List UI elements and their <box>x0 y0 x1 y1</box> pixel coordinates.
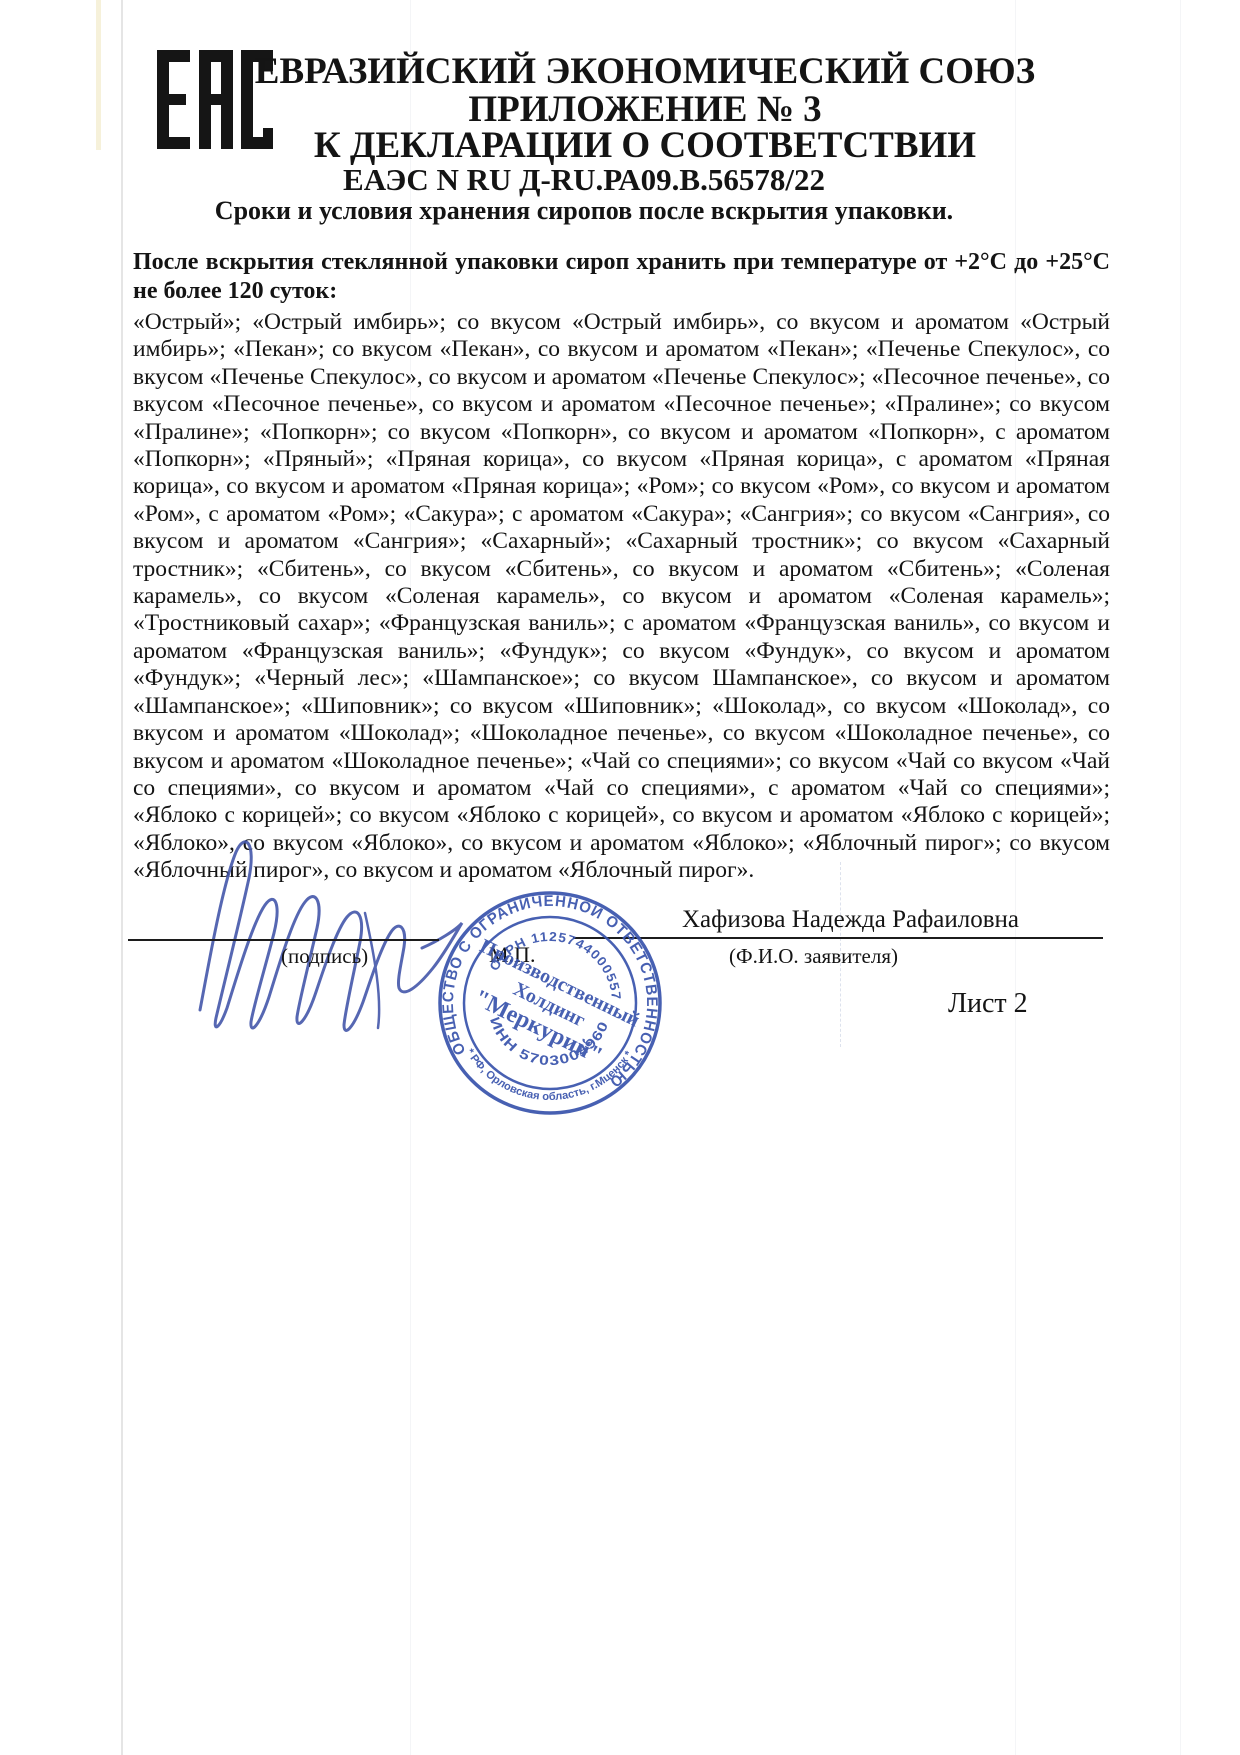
header-union: ЕВРАЗИЙСКИЙ ЭКОНОМИЧЕСКИЙ СОЮЗ <box>0 50 1240 93</box>
header-declaration: К ДЕКЛАРАЦИИ О СООТВЕТСТВИИ <box>0 124 1240 167</box>
header-declaration-number: ЕАЭС N RU Д-RU.РА09.В.56578/22 <box>0 162 1168 198</box>
signature-line <box>128 939 439 941</box>
scan-streak <box>1180 0 1181 1755</box>
company-round-stamp: ОБЩЕСТВО С ОГРАНИЧЕННОЙ ОТВЕТСТВЕННОСТЬЮ… <box>437 890 663 1116</box>
flavor-list-paragraph: «Острый»; «Острый имбирь»; со вкусом «Ос… <box>133 309 1110 885</box>
scan-edge-line <box>121 0 123 1755</box>
document-page: ЕВРАЗИЙСКИЙ ЭКОНОМИЧЕСКИЙ СОЮЗ ПРИЛОЖЕНИ… <box>0 0 1240 1755</box>
signature-caption: (подпись) <box>281 944 368 969</box>
applicant-name: Хафизова Надежда Рафаиловна <box>682 906 1019 934</box>
applicant-caption: (Ф.И.О. заявителя) <box>729 944 898 969</box>
sheet-number: Лист 2 <box>948 988 1028 1020</box>
storage-conditions-paragraph: После вскрытия стеклянной упаковки сироп… <box>133 248 1110 306</box>
header-subtitle: Сроки и условия хранения сиропов после в… <box>0 196 1168 226</box>
